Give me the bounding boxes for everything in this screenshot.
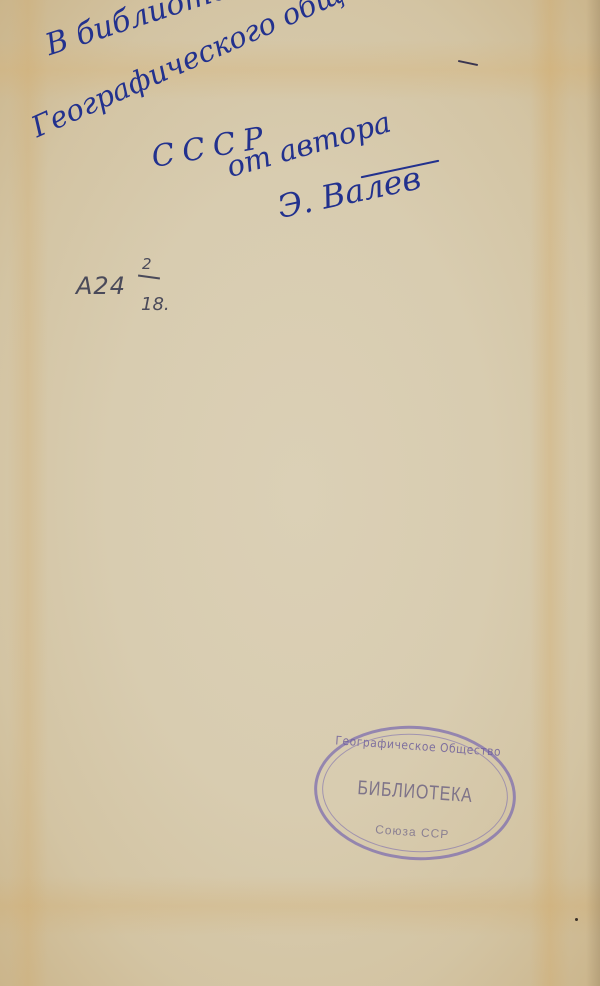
stamp-center-text: БИБЛИОТЕКА — [336, 776, 494, 810]
water-stain-right — [530, 0, 570, 986]
shelf-mark-denominator: 18. — [141, 294, 170, 315]
shelf-mark-fraction-bar — [138, 274, 160, 279]
page-edge-shadow — [586, 0, 600, 986]
shelf-mark-numerator: 2 — [142, 255, 152, 273]
paper-speck — [575, 918, 578, 921]
stamp-bottom-text: Союза ССР — [314, 818, 510, 846]
water-stain-bottom — [0, 876, 600, 936]
library-stamp: Географическое Общество БИБЛИОТЕКА Союза… — [310, 719, 521, 867]
stamp-top-text: Географическое Общество — [320, 732, 516, 760]
water-stain-left — [8, 0, 48, 986]
shelf-mark-main: А24 — [76, 272, 126, 300]
flyleaf-page: В библиотеку Географического общества СС… — [0, 0, 600, 986]
pen-mark — [458, 60, 478, 66]
